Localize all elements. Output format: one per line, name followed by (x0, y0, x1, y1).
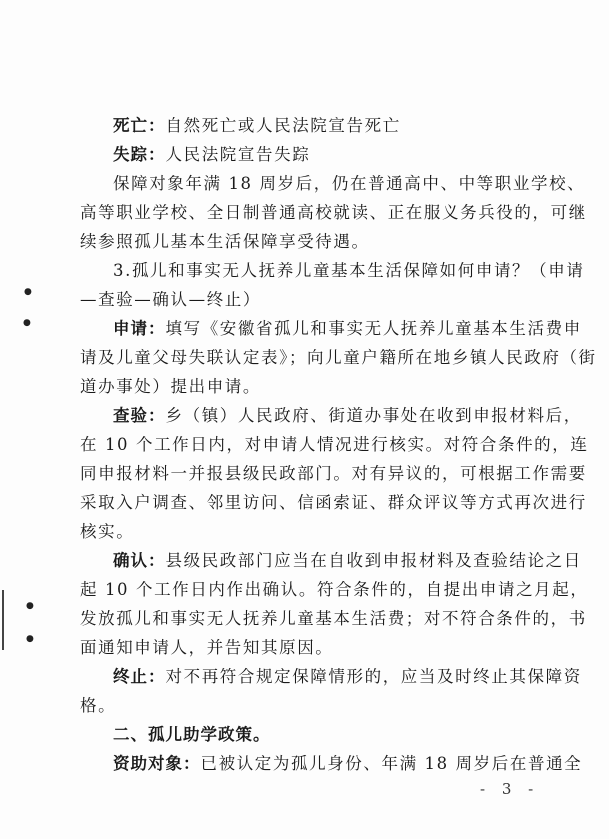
paragraph-line: 格。 (80, 696, 540, 716)
section-heading-line: 3.孤儿和事实无人抚养儿童基本生活保障如何申请？（申请 (113, 261, 573, 281)
paragraph-line: 面通知申请人，并告知其原因。 (80, 638, 540, 658)
binding-hole-mark: ● (26, 601, 34, 611)
section-heading-education-aid: 二、孤儿助学政策。 (113, 725, 573, 745)
binding-hole-mark: ● (23, 318, 31, 328)
section-title: 二、孤儿助学政策。 (113, 725, 271, 744)
paragraph-line: 续参照孤儿基本生活保障享受待遇。 (80, 232, 540, 252)
definition-death: 死亡：自然死亡或人民法院宣告死亡 (113, 116, 573, 136)
term-label: 查验： (113, 406, 166, 425)
paragraph-line: 保障对象年满 18 周岁后，仍在普通高中、中等职业学校、 (113, 174, 573, 194)
binding-hole-mark: ● (24, 287, 32, 297)
step-confirm: 确认：县级民政部门应当在自收到申报材料及查验结论之日 (113, 551, 573, 571)
paragraph-line: 同申报材料一并报县级民政部门。对有异议的，可根据工作需要 (80, 464, 540, 484)
term-label: 确认： (113, 551, 166, 570)
page-number: - 3 - (480, 780, 539, 798)
aid-recipients: 资助对象：已被认定为孤儿身份、年满 18 周岁后在普通全 (113, 754, 573, 774)
paragraph-line: 核实。 (80, 522, 540, 542)
paragraph-line: 道办事处）提出申请。 (80, 377, 540, 397)
paragraph-line: 请及儿童父母失联认定表》；向儿童户籍所在地乡镇人民政府（街 (80, 348, 540, 368)
paragraph-line: 起 10 个工作日内作出确认。符合条件的，自提出申请之月起， (80, 580, 540, 600)
step-apply: 申请：填写《安徽省孤儿和事实无人抚养儿童基本生活费申 (113, 319, 573, 339)
term-label: 终止： (113, 667, 166, 686)
section-heading-line: —查验—确认—终止） (80, 290, 540, 310)
binding-edge-line (2, 590, 4, 650)
term-label: 死亡： (113, 116, 166, 135)
step-terminate: 终止：对不再符合规定保障情形的，应当及时终止其保障资 (113, 667, 573, 687)
paragraph-line: 高等职业学校、全日制普通高校就读、正在服义务兵役的，可继 (80, 203, 540, 223)
term-label: 失踪： (113, 145, 166, 164)
definition-missing: 失踪：人民法院宣告失踪 (113, 145, 573, 165)
document-page: ● ● ● ● 死亡：自然死亡或人民法院宣告死亡 失踪：人民法院宣告失踪 保障对… (0, 0, 609, 839)
binding-hole-mark: ● (26, 634, 34, 644)
paragraph-line: 采取入户调查、邻里访问、信函索证、群众评议等方式再次进行 (80, 493, 540, 513)
step-verify: 查验：乡（镇）人民政府、街道办事处在收到申报材料后， (113, 406, 573, 426)
paragraph-line: 发放孤儿和事实无人抚养儿童基本生活费；对不符合条件的，书 (80, 609, 540, 629)
paragraph-line: 在 10 个工作日内，对申请人情况进行核实。对符合条件的，连 (80, 435, 540, 455)
term-label: 申请： (113, 319, 166, 338)
term-label: 资助对象： (113, 754, 201, 773)
